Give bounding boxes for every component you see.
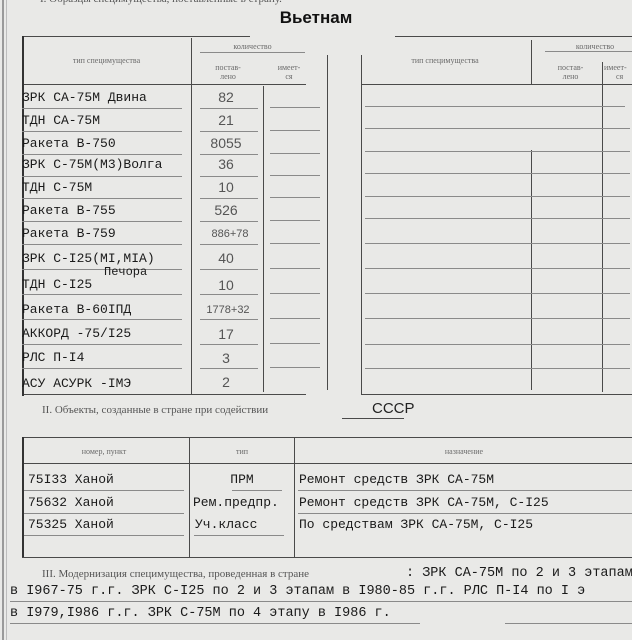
section3-heading: III. Модернизация специмущества, проведе… [42,568,309,580]
cell-underline [200,244,258,245]
row-delivered: 886+78 [200,226,260,242]
table-top-border [22,437,632,438]
header-type: тип [190,447,294,456]
row-underline [22,368,182,369]
header-available-l1: имеет- [264,63,314,72]
table-left-border [361,55,362,395]
row-underline [22,344,182,345]
row-type: Ракета В-759 [22,226,116,242]
col-divider-type [531,150,532,390]
row-underline [194,535,284,536]
table-top-border [395,36,632,37]
table-right-border [327,55,328,390]
row-type: ЗРК С-75М(М3)Волга [22,157,162,173]
object-number: 75325 Ханой [28,517,114,533]
col-divider-type [531,40,532,84]
cell-underline [200,269,258,270]
row-underline [22,294,182,295]
row-underline [22,269,182,270]
row-underline [22,244,182,245]
line-underline [10,623,420,624]
page-edge-inner [6,0,7,640]
row-delivered: 21 [196,112,256,128]
row-type: ЗРК СА-75М Двина [22,90,147,106]
blank-row-line [365,243,630,244]
header-available-l2: ся [264,72,314,81]
row-delivered: 40 [196,250,256,266]
blank-row-line [365,218,630,219]
object-purpose: Ремонт средств ЗРК СА-75М, С-I25 [299,495,549,511]
table-top-border [22,36,250,37]
row-underline [24,490,184,491]
header-available-l2-right: ся [616,72,632,81]
row-underline [22,108,182,109]
object-purpose: Ремонт средств ЗРК СА-75М [299,472,494,488]
row-type: АСУ АСУРК -IМЭ [22,376,131,392]
row-underline [22,131,182,132]
cell-underline [200,108,258,109]
row-delivered: 10 [196,179,256,195]
blank-row-line [365,128,630,129]
header-delivered-l2: лено [203,72,253,81]
object-type: Рем.предпр. [193,495,279,511]
line-underline [10,601,632,602]
cell-underline [200,294,258,295]
cell-underline [270,318,320,319]
cell-underline [270,107,320,108]
row-type: ТДН С-I25 [22,277,92,293]
header-available-l1-right: имеет- [604,63,632,72]
row-underline [22,154,182,155]
table-bottom-border [362,394,632,395]
row-type: Ракета В-755 [22,203,116,219]
row-delivered: 8055 [196,135,256,151]
header-delivered-l2-right: лено [543,72,598,81]
object-type: Уч.класс [195,517,257,533]
row-underline [22,198,182,199]
row-underline [232,490,282,491]
row-type: Ракета В-60IПД [22,302,131,318]
object-number: 75I33 Ханой [28,472,114,488]
blank-row-line [365,344,630,345]
blank-row-line [365,106,625,107]
cell-underline [200,198,258,199]
row-delivered: 17 [196,326,256,342]
object-purpose: По средствам ЗРК СА-75М, С-I25 [299,517,533,533]
cell-underline [270,268,320,269]
blank-row-line [365,151,630,152]
col-divider-qty [602,62,603,392]
blank-row-line [365,368,630,369]
blank-row-line [365,268,630,269]
cell-underline [270,343,320,344]
section3-line1: : ЗРК СА-75М по 2 и 3 этапам [406,566,632,582]
table-bottom-border [22,394,306,395]
country-title: Вьетнам [0,8,632,28]
cell-underline [270,175,320,176]
header-type: тип специмущества [24,56,189,65]
row-type: Ракета В-750 [22,136,116,152]
col-divider [294,437,295,557]
cell-underline [270,197,320,198]
row-delivered: 82 [196,89,256,105]
cell-underline [270,220,320,221]
object-number: 75632 Ханой [28,495,114,511]
row-delivered: 1778+32 [198,302,258,318]
row-type: ТДН С-75М [22,180,92,196]
row-underline [22,221,182,222]
header-type-right: тип специмущества [365,56,525,65]
table-bottom-border [22,557,632,558]
row-type: РЛС П-I4 [22,350,84,366]
row-delivered: 2 [196,374,256,390]
blank-row-line [365,318,630,319]
partner-underline [342,418,404,419]
header-bottom-border [22,84,306,85]
header-purpose: назначение [296,447,632,456]
row-underline [22,176,182,177]
section3-line2: в I967-75 г.г. ЗРК С-I25 по 2 и 3 этапам… [10,584,585,600]
header-delivered-l1-right: постав- [543,63,598,72]
cell-underline [270,293,320,294]
cell-underline [270,243,320,244]
cell-underline [270,153,320,154]
header-quantity: количество [195,42,310,51]
row-underline [24,535,184,536]
cell-underline [200,344,258,345]
qty-header-line [545,51,632,52]
cell-underline [200,176,258,177]
section2-partner: СССР [372,400,415,417]
cell-underline [270,367,320,368]
col-divider-type [191,38,192,394]
row-type: ТДН СА-75М [22,113,100,129]
page-edge [2,0,4,640]
row-underline [24,513,184,514]
row-underline [298,513,632,514]
line-underline [505,623,632,624]
cell-underline [200,154,258,155]
row-delivered: 3 [196,350,256,366]
annotation-pechora: Печора [104,264,147,280]
blank-row-line [365,173,630,174]
row-delivered: 36 [196,156,256,172]
object-type: ПРМ [192,472,292,488]
header-number: номер, пункт [24,447,184,456]
cell-underline [200,368,258,369]
cell-underline [200,131,258,132]
row-delivered: 10 [196,277,256,293]
blank-row-line [365,293,630,294]
section3-line3: в I979,I986 г.г. ЗРК С-75М по 4 этапу в … [10,606,391,622]
qty-header-line [200,52,305,53]
section2-heading: II. Объекты, созданные в стране при соде… [42,404,268,416]
header-quantity-right: количество [545,42,632,51]
section1-heading: I. Образцы специмущества, поставленные в… [40,0,282,5]
blank-row-line [365,196,630,197]
cell-underline [270,130,320,131]
col-divider-qty [263,86,264,392]
header-bottom-border [22,463,632,464]
cell-underline [200,221,258,222]
row-underline [298,490,632,491]
header-bottom-border [362,84,632,85]
row-delivered: 526 [196,202,256,218]
cell-underline [200,319,258,320]
row-type: АККОРД -75/I25 [22,326,131,342]
row-underline [22,319,182,320]
header-delivered-l1: постав- [203,63,253,72]
